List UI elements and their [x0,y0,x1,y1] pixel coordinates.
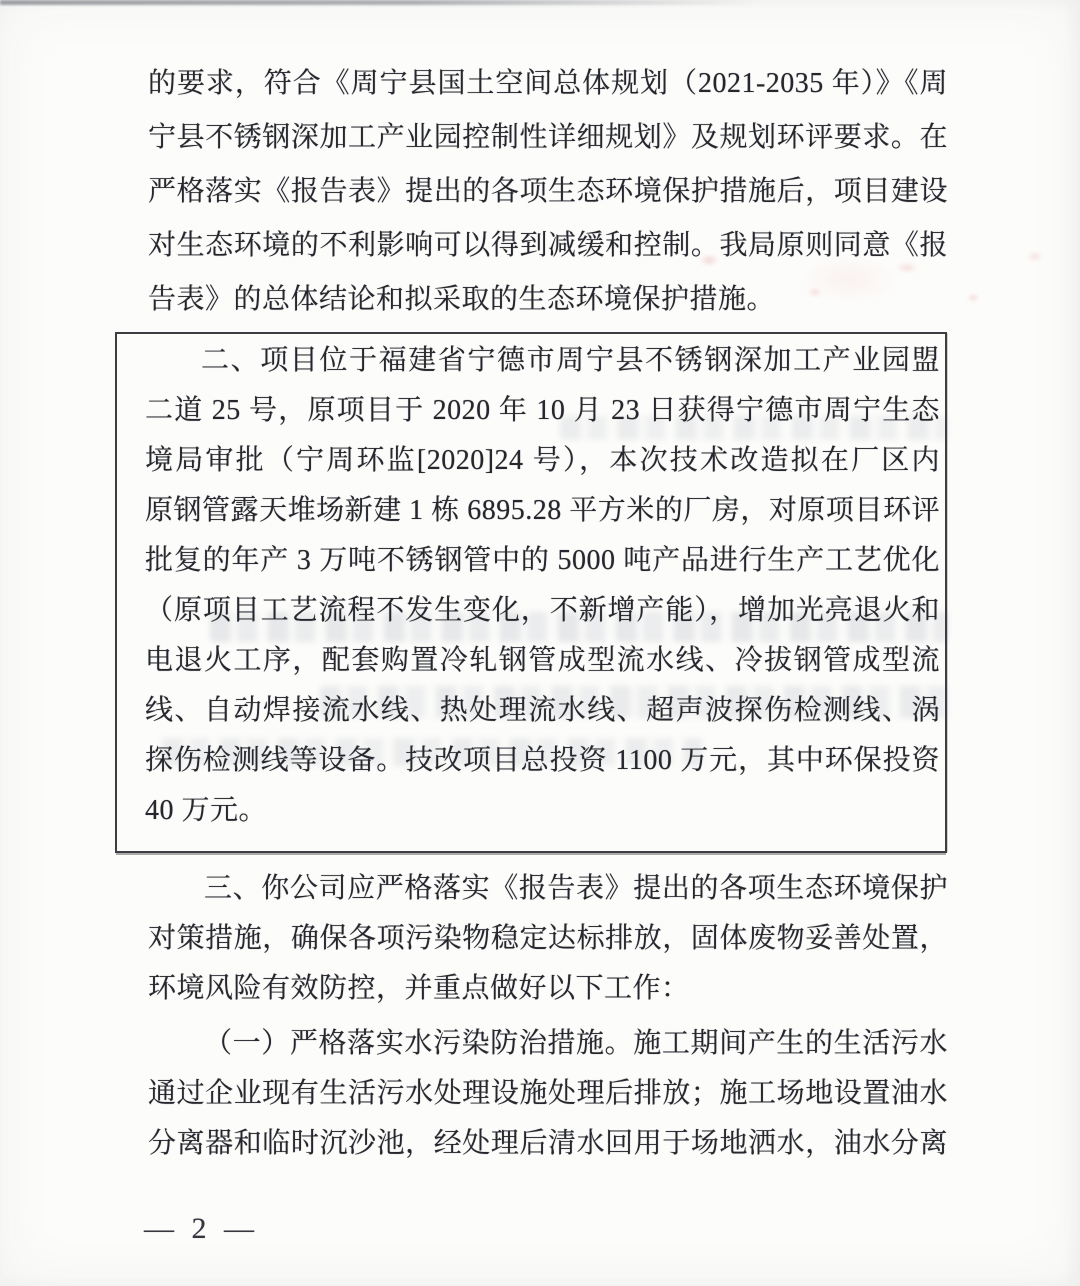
text-line: 环境风险有效防控，并重点做好以下工作： [148,964,948,1014]
text-line: 线、自动焊接流水线、热处理流水线、超声波探伤检测线、涡流 [145,686,940,736]
scan-edge-artifact [0,0,760,5]
text-line: 告表》的总体结论和拟采取的生态环境保护措施。 [148,273,948,327]
text-line: 原钢管露天堆场新建 1 栋 6895.28 平方米的厂房，对原项目环评 [145,486,940,536]
text-line: 探伤检测线等设备。技改项目总投资 1100 万元，其中环保投资 [145,736,940,786]
text-line: （一）严格落实水污染防治措施。施工期间产生的生活污水 [148,1019,948,1069]
text-line: 电退火工序，配套购置冷轧钢管成型流水线、冷拔钢管成型流水 [145,636,940,686]
text-line: 40 万元。 [145,786,940,836]
text-line: 二道 25 号，原项目于 2020 年 10 月 23 日获得宁德市周宁生态环 [145,386,940,436]
text-line: （原项目工艺流程不发生变化，不新增产能），增加光亮退火和 [145,586,940,636]
text-line: 三、你公司应严格落实《报告表》提出的各项生态环境保护 [148,864,948,914]
paragraph-water-pollution-measures: （一）严格落实水污染防治措施。施工期间产生的生活污水 通过企业现有生活污水处理设… [148,1019,948,1169]
text-line: 对策措施，确保各项污染物稳定达标排放，固体废物妥善处置， [148,914,948,964]
text-line: 宁县不锈钢深加工产业园控制性详细规划》及规划环评要求。在 [148,111,948,165]
text-line: 严格落实《报告表》提出的各项生态环境保护措施后，项目建设 [148,165,948,219]
paragraph-requirements: 三、你公司应严格落实《报告表》提出的各项生态环境保护 对策措施，确保各项污染物稳… [148,864,948,1014]
document-page: 的要求，符合《周宁县国土空间总体规划（2021-2035 年）》《周 宁县不锈钢… [0,0,1080,1286]
page-number: — 2 — [144,1208,259,1250]
text-line: 境局审批（宁周环监[2020]24 号），本次技术改造拟在厂区内 [145,436,940,486]
boxed-project-description: 二、项目位于福建省宁德市周宁县不锈钢深加工产业园盟信 二道 25 号，原项目于 … [115,332,947,853]
text-line: 分离器和临时沉沙池，经处理后清水回用于场地洒水，油水分离 [148,1119,948,1169]
text-line: 通过企业现有生活污水处理设施处理后排放；施工场地设置油水 [148,1069,948,1119]
text-line: 二、项目位于福建省宁德市周宁县不锈钢深加工产业园盟信 [145,336,940,386]
text-line: 的要求，符合《周宁县国土空间总体规划（2021-2035 年）》《周 [148,57,948,111]
text-line: 对生态环境的不利影响可以得到减缓和控制。我局原则同意《报 [148,219,948,273]
text-line: 批复的年产 3 万吨不锈钢管中的 5000 吨产品进行生产工艺优化 [145,536,940,586]
paragraph-conclusion: 的要求，符合《周宁县国土空间总体规划（2021-2035 年）》《周 宁县不锈钢… [148,57,948,327]
